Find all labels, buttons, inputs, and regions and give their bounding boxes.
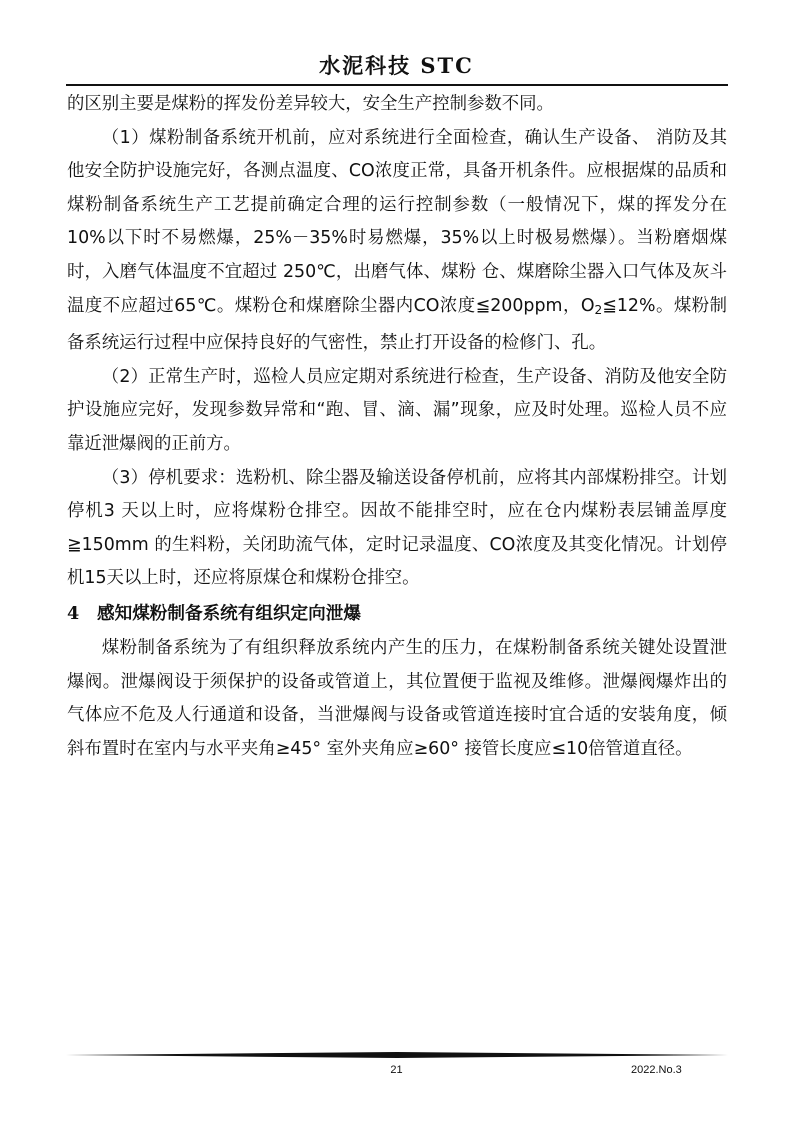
section-4-paragraph: 煤粉制备系统为了有组织释放系统内产生的压力，在煤粉制备系统关键处设置泄爆阀。泄爆…: [67, 632, 727, 766]
section-number: 4: [67, 596, 97, 632]
item-1-paragraph: （1）煤粉制备系统开机前，应对系统进行全面检查，确认生产设备、 消防及其他安全防…: [67, 122, 727, 361]
section-title: 感知煤粉制备系统有组织定向泄爆: [97, 603, 361, 624]
header-rule: [66, 84, 728, 86]
footer-rule: [66, 1052, 728, 1058]
journal-title: 水泥科技 STC: [0, 50, 793, 80]
article-body: 的区别主要是煤粉的挥发份差异较大，安全生产控制参数不同。 （1）煤粉制备系统开机…: [67, 88, 727, 766]
section-4-heading: 4感知煤粉制备系统有组织定向泄爆: [67, 596, 727, 632]
continuation-paragraph: 的区别主要是煤粉的挥发份差异较大，安全生产控制参数不同。: [67, 88, 727, 122]
item-3-paragraph: （3）停机要求：选粉机、除尘器及输送设备停机前，应将其内部煤粉排空。计划停机3 …: [67, 462, 727, 596]
item-2-paragraph: （2）正常生产时，巡检人员应定期对系统进行检查，生产设备、消防及他安全防护设施应…: [67, 361, 727, 462]
item-1-text-a: （1）煤粉制备系统开机前，应对系统进行全面检查，确认生产设备、 消防及其他安全防…: [67, 128, 727, 316]
issue-label: 2022.No.3: [631, 1064, 682, 1076]
